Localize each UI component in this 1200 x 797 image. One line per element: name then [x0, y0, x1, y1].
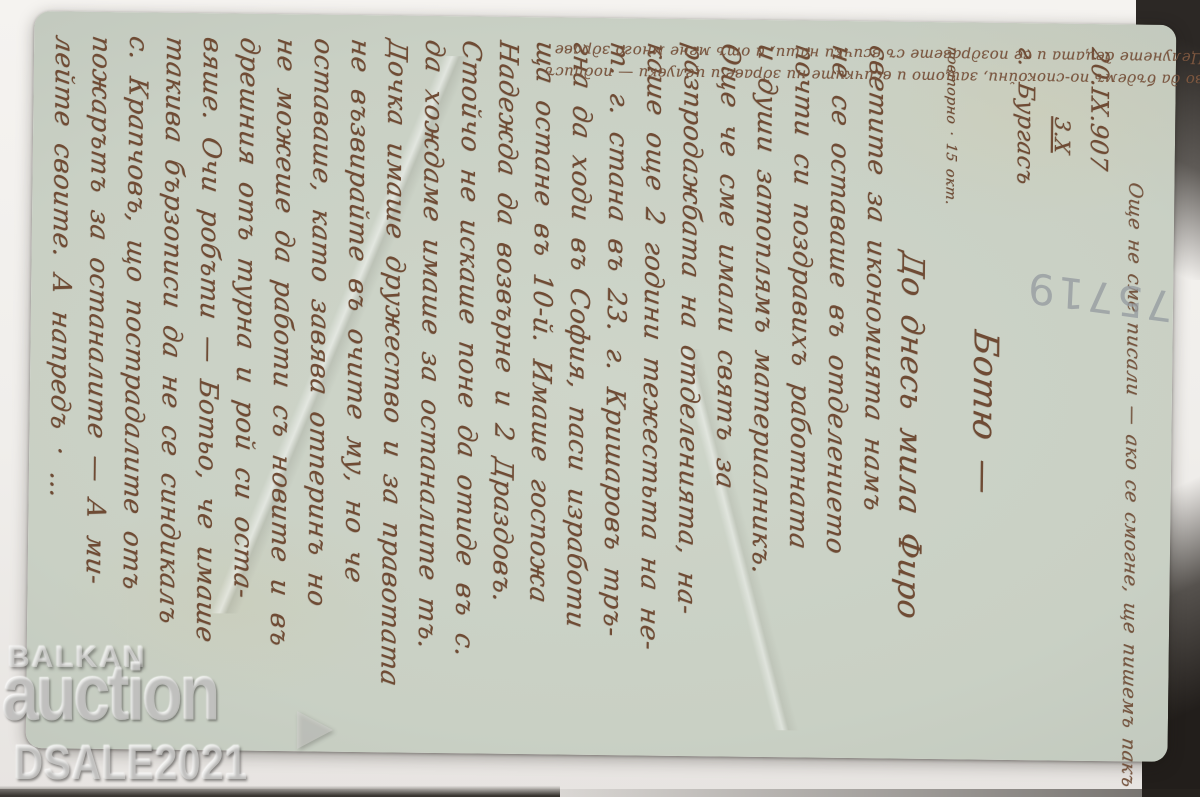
handwriting-manuscript: Още не сме писали — ако се смогне, ще пи… — [27, 19, 1156, 753]
watermark-triangle-icon — [297, 711, 333, 749]
watermark-auction: auction — [2, 648, 217, 738]
watermark-seller-code: DSALE2021 — [14, 736, 248, 791]
